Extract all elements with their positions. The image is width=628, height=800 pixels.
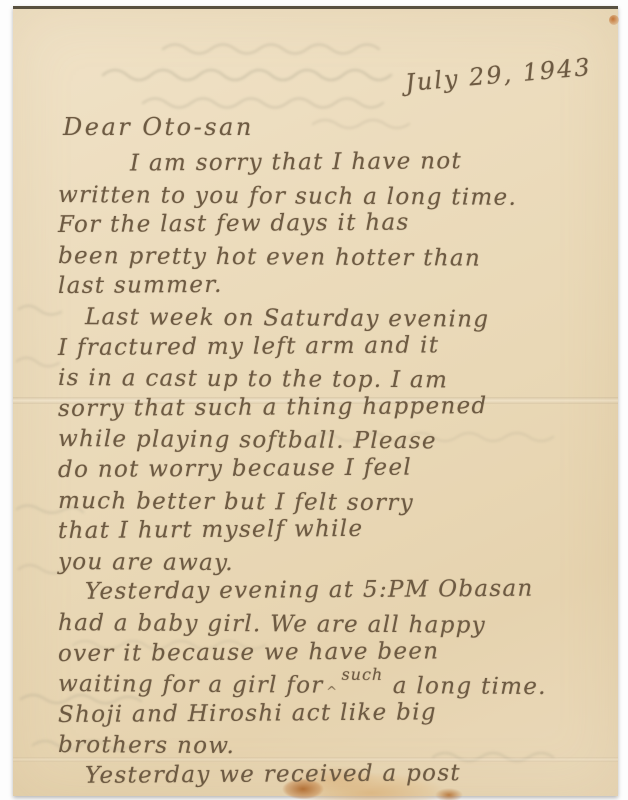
letter-line: over it because we have been [58, 635, 590, 669]
letter-line: For the last few days it has [58, 206, 590, 240]
stain-top-right [609, 15, 619, 25]
letter-line: I am sorry that I have not [58, 145, 590, 179]
letter-line: I fractured my left arm and it [58, 329, 590, 363]
letter-line: that I hurt myself while [58, 512, 590, 546]
letter-body: I am sorry that I have not written to yo… [58, 149, 590, 791]
letter-line: Yesterday we received a post [58, 757, 590, 791]
inserted-word: such [341, 665, 383, 684]
letter-line: last summer. [58, 268, 590, 302]
letter-line: sorry that such a thing happened [58, 390, 590, 424]
letter-line: do not worry because I feel [58, 451, 590, 485]
letter-line: Yesterday evening at 5:PM Obasan [58, 574, 590, 608]
letter-paper: July 29, 1943 Dear Oto-san I am sorry th… [13, 6, 618, 796]
date-line: July 29, 1943 [404, 53, 593, 97]
letter-line: Shoji and Hiroshi act like big [58, 696, 590, 730]
scan-background: { "document": { "kind": "handwritten-let… [0, 0, 628, 800]
line-text-before: waiting for a girl for [58, 671, 324, 699]
salutation: Dear Oto-san [63, 113, 254, 141]
